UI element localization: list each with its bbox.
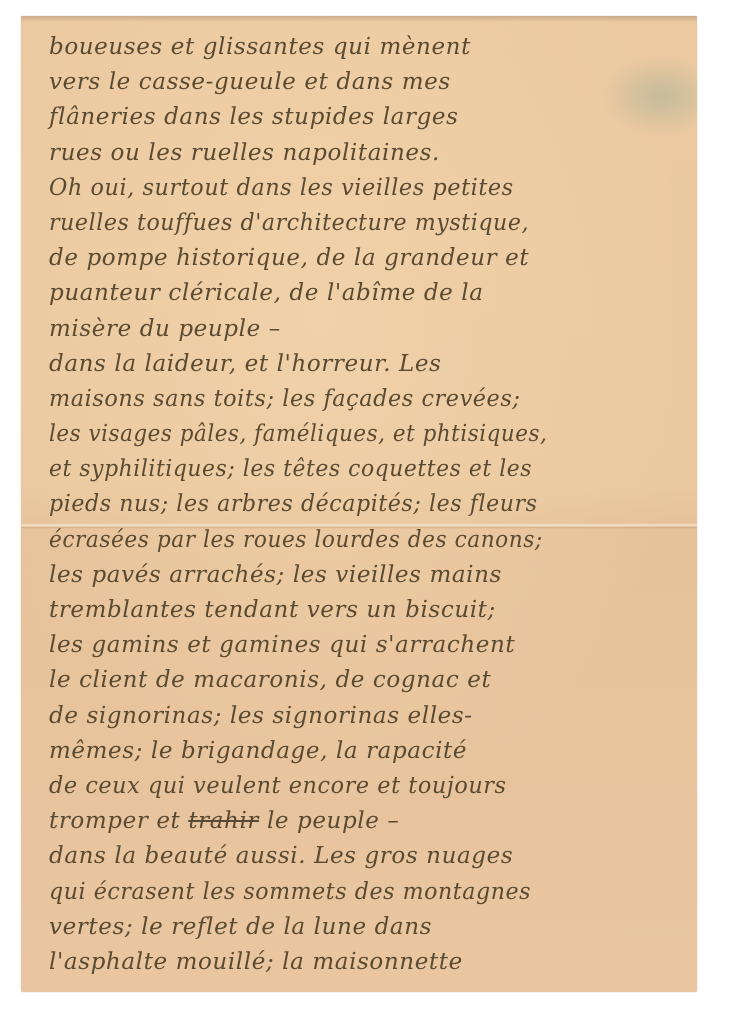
text-line-1: boueuses et glissantes qui mènent	[49, 30, 689, 65]
text-line-17: tremblantes tendant vers un biscuit;	[49, 593, 689, 628]
text-line-26: vertes; le reflet de la lune dans	[49, 910, 689, 945]
text-line-5: Oh oui, surtout dans les vieilles petite…	[49, 171, 670, 206]
text-line-9: misère du peuple –	[49, 312, 689, 347]
text-line-10: dans la laideur, et l'horreur. Les	[49, 347, 689, 382]
text-line-15: écrasées par les roues lourdes des canon…	[49, 523, 651, 558]
text-line-20: de signorinas; les signorinas elles-	[49, 699, 689, 734]
text-line-3: flâneries dans les stupides larges	[49, 100, 689, 135]
text-line-2: vers le casse-gueule et dans mes	[49, 65, 689, 100]
text-line-12: les visages pâles, faméliques, et phtisi…	[49, 417, 644, 452]
text-line-7: de pompe historique, de la grandeur et	[49, 241, 689, 276]
text-line-4: rues ou les ruelles napolitaines.	[49, 136, 689, 171]
text-line-25: qui écrasent les sommets des montagnes	[49, 875, 663, 910]
text-line-14: pieds nus; les arbres décapités; les fle…	[49, 487, 663, 522]
text-line-11: maisons sans toits; les façades crevées;	[49, 382, 670, 417]
text-line-16: les pavés arrachés; les vieilles mains	[49, 558, 689, 593]
text-line-21: mêmes; le brigandage, la rapacité	[49, 734, 689, 769]
text-line-19: le client de macaronis, de cognac et	[49, 663, 689, 698]
text-line-18: les gamins et gamines qui s'arrachent	[49, 628, 689, 663]
text-line-13: et syphilitiques; les têtes coquettes et…	[49, 452, 657, 487]
letter-page: boueuses et glissantes qui mènent vers l…	[21, 16, 697, 992]
handwritten-text-body: boueuses et glissantes qui mènent vers l…	[49, 30, 689, 980]
text-line-22: de ceux qui veulent encore et toujours	[49, 769, 670, 804]
text-line-23: tromper et trahir le peuple –	[49, 804, 689, 839]
struck-out-word: trahir	[188, 808, 259, 834]
text-line-8: puanteur cléricale, de l'abîme de la	[49, 276, 689, 311]
text-line-6: ruelles touffues d'architecture mystique…	[49, 206, 663, 241]
text-line-24: dans la beauté aussi. Les gros nuages	[49, 839, 689, 874]
text-line-27: l'asphalte mouillé; la maisonnette	[49, 945, 689, 980]
